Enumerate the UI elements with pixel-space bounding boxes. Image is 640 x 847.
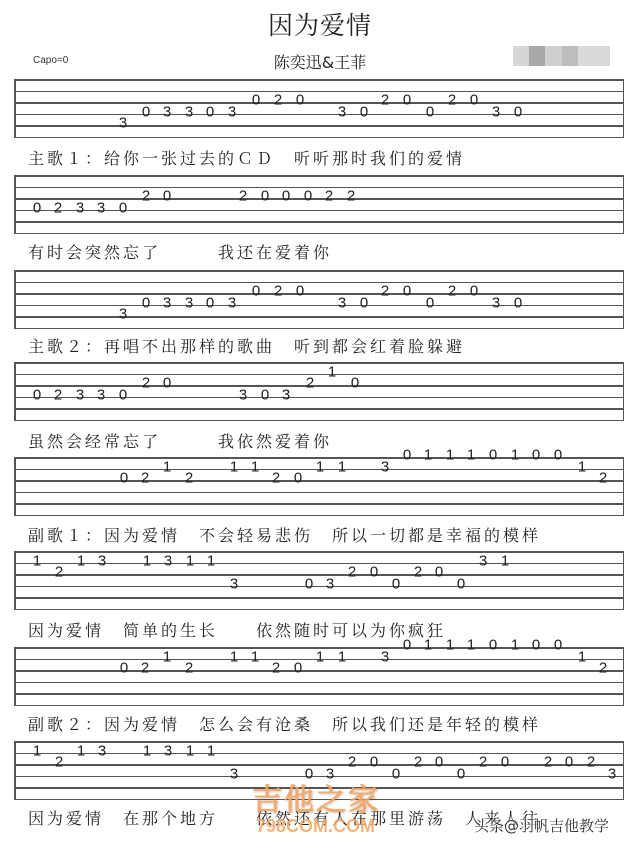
- fret-number: 2: [273, 284, 283, 299]
- fret-number: 0: [402, 448, 412, 463]
- fret-number: 0: [391, 576, 401, 591]
- fret-number: 0: [281, 189, 291, 204]
- string-line: [14, 503, 624, 505]
- fret-number: 0: [402, 284, 412, 299]
- string-line: [14, 515, 624, 517]
- fret-number: 1: [423, 448, 433, 463]
- fret-number: 0: [162, 189, 172, 204]
- fret-number: 3: [75, 200, 85, 215]
- fret-number: 0: [500, 755, 510, 770]
- fret-number: 3: [337, 295, 347, 310]
- string-line: [14, 175, 624, 177]
- fret-number: 0: [488, 448, 498, 463]
- fret-number: 1: [250, 649, 260, 664]
- fret-number: 3: [97, 743, 107, 758]
- fret-number: 1: [510, 448, 520, 463]
- fret-number: 1: [142, 553, 152, 568]
- tab-staff: 021211201130111010012: [14, 647, 624, 707]
- fret-number: 3: [281, 387, 291, 402]
- bar-line: [623, 551, 625, 610]
- tab-staff: 303303020302002030: [14, 270, 624, 330]
- bar-line: [623, 457, 625, 516]
- fret-number: 2: [380, 93, 390, 108]
- fret-number: 0: [32, 387, 42, 402]
- fret-number: 1: [445, 448, 455, 463]
- fret-number: 3: [325, 576, 335, 591]
- string-line: [14, 187, 624, 189]
- string-line: [14, 480, 624, 482]
- bar-line: [14, 551, 16, 610]
- fret-number: 1: [32, 553, 42, 568]
- fret-number: 1: [315, 649, 325, 664]
- blurred-logo: [513, 46, 610, 66]
- watermark-url: 798COM.COM: [256, 816, 375, 837]
- fret-number: 1: [206, 743, 216, 758]
- string-line: [14, 233, 624, 235]
- fret-number: 0: [456, 576, 466, 591]
- fret-number: 1: [185, 553, 195, 568]
- fret-number: 2: [347, 565, 357, 580]
- fret-number: 2: [140, 661, 150, 676]
- fret-number: 2: [598, 661, 608, 676]
- fret-number: 2: [543, 755, 553, 770]
- fret-number: 1: [250, 459, 260, 474]
- fret-number: 0: [469, 93, 479, 108]
- fret-number: 2: [54, 755, 64, 770]
- bar-line: [14, 362, 16, 421]
- fret-number: 0: [359, 104, 369, 119]
- blur-cell: [545, 46, 561, 66]
- bar-line: [623, 741, 625, 800]
- fret-number: 3: [491, 104, 501, 119]
- fret-number: 0: [141, 295, 151, 310]
- fret-number: 1: [229, 649, 239, 664]
- fret-number: 1: [162, 459, 172, 474]
- fret-number: 3: [227, 295, 237, 310]
- blur-cell: [529, 46, 545, 66]
- fret-number: 0: [303, 189, 313, 204]
- fret-number: 1: [466, 638, 476, 653]
- fret-number: 2: [140, 471, 150, 486]
- fret-number: 0: [369, 755, 379, 770]
- fret-number: 0: [513, 295, 523, 310]
- fret-number: 2: [346, 189, 356, 204]
- string-line: [14, 362, 624, 364]
- fret-number: 2: [271, 661, 281, 676]
- string-line: [14, 420, 624, 422]
- fret-number: 3: [163, 553, 173, 568]
- fret-number: 0: [304, 576, 314, 591]
- fret-number: 0: [251, 93, 261, 108]
- fret-number: 0: [205, 104, 215, 119]
- fret-number: 2: [447, 93, 457, 108]
- fret-number: 1: [76, 743, 86, 758]
- string-line: [14, 316, 624, 318]
- fret-number: 0: [205, 295, 215, 310]
- fret-number: 2: [586, 755, 596, 770]
- string-line: [14, 305, 624, 307]
- lyric-line: 有时会突然忘了 我还在爱着你: [28, 240, 332, 263]
- fret-number: 1: [206, 553, 216, 568]
- fret-number: 3: [96, 387, 106, 402]
- bar-line: [14, 175, 16, 234]
- fret-number: 2: [53, 387, 63, 402]
- fret-number: 0: [118, 200, 128, 215]
- fret-number: 0: [359, 295, 369, 310]
- fret-number: 0: [553, 448, 563, 463]
- fret-number: 2: [413, 755, 423, 770]
- fret-number: 1: [327, 364, 337, 379]
- fret-number: 3: [97, 553, 107, 568]
- fret-number: 2: [271, 471, 281, 486]
- string-line: [14, 221, 624, 223]
- fret-number: 2: [324, 189, 334, 204]
- fret-number: 1: [337, 459, 347, 474]
- fret-number: 0: [434, 565, 444, 580]
- song-title: 因为爱情: [0, 6, 640, 42]
- fret-number: 3: [162, 295, 172, 310]
- string-line: [14, 282, 624, 284]
- fret-number: 1: [445, 638, 455, 653]
- fret-number: 1: [185, 743, 195, 758]
- bar-line: [14, 647, 16, 706]
- string-line: [14, 125, 624, 127]
- fret-number: 2: [238, 189, 248, 204]
- fret-number: 0: [295, 284, 305, 299]
- fret-number: 2: [54, 565, 64, 580]
- bar-line: [623, 175, 625, 234]
- fret-number: 0: [469, 284, 479, 299]
- fret-number: 2: [53, 200, 63, 215]
- fret-number: 1: [76, 553, 86, 568]
- fret-number: 1: [315, 459, 325, 474]
- tab-staff: 021211201130111010012: [14, 457, 624, 517]
- bar-line: [14, 270, 16, 329]
- tab-staff: 0233020303210: [14, 362, 624, 422]
- fret-number: 0: [553, 638, 563, 653]
- fret-number: 0: [118, 387, 128, 402]
- lyric-line: 主歌１：给你一张过去的ＣＤ 听听那时我们的爱情: [28, 146, 465, 169]
- lyric-line: 副歌２：因为爱情 怎么会有沧桑 所以我们还是年轻的模样: [28, 712, 541, 735]
- fret-number: 1: [510, 638, 520, 653]
- blur-cell: [513, 46, 529, 66]
- fret-number: 0: [162, 376, 172, 391]
- bar-line: [623, 79, 625, 138]
- fret-number: 1: [577, 459, 587, 474]
- string-line: [14, 597, 624, 599]
- string-line: [14, 705, 624, 707]
- fret-number: 3: [380, 649, 390, 664]
- fret-number: 0: [564, 755, 574, 770]
- fret-number: 0: [293, 661, 303, 676]
- fret-number: 2: [447, 284, 457, 299]
- fret-number: 2: [141, 189, 151, 204]
- fret-number: 0: [260, 387, 270, 402]
- fret-number: 3: [75, 387, 85, 402]
- string-line: [14, 374, 624, 376]
- fret-number: 0: [119, 661, 129, 676]
- fret-number: 2: [598, 471, 608, 486]
- bar-line: [623, 270, 625, 329]
- string-line: [14, 293, 624, 295]
- fret-number: 0: [369, 565, 379, 580]
- string-line: [14, 408, 624, 410]
- string-line: [14, 586, 624, 588]
- string-line: [14, 91, 624, 93]
- fret-number: 2: [184, 661, 194, 676]
- watermark-credit: 头条@羽帆吉他教学: [474, 815, 609, 836]
- fret-number: 0: [251, 284, 261, 299]
- fret-number: 3: [184, 104, 194, 119]
- fret-number: 0: [391, 766, 401, 781]
- fret-number: 3: [380, 459, 390, 474]
- string-line: [14, 328, 624, 330]
- fret-number: 2: [184, 471, 194, 486]
- fret-number: 1: [466, 448, 476, 463]
- fret-number: 3: [118, 116, 128, 131]
- lyric-line: 主歌２：再唱不出那样的歌曲 听到都会红着脸躲避: [28, 334, 465, 357]
- fret-number: 0: [141, 104, 151, 119]
- fret-number: 3: [229, 766, 239, 781]
- capo-label: Capo=0: [33, 55, 68, 66]
- fret-number: 3: [607, 766, 617, 781]
- bar-line: [623, 362, 625, 421]
- fret-number: 1: [229, 459, 239, 474]
- fret-number: 2: [478, 755, 488, 770]
- string-line: [14, 114, 624, 116]
- bar-line: [14, 457, 16, 516]
- watermark-logo: 吉他之家: [252, 775, 380, 819]
- fret-number: 3: [118, 307, 128, 322]
- string-line: [14, 682, 624, 684]
- fret-number: 3: [162, 104, 172, 119]
- string-line: [14, 79, 624, 81]
- fret-number: 3: [238, 387, 248, 402]
- fret-number: 0: [531, 638, 541, 653]
- lyric-line: 虽然会经常忘了 我依然爱着你: [28, 429, 332, 452]
- tab-staff: 303303020302002030: [14, 79, 624, 139]
- fret-number: 3: [491, 295, 501, 310]
- blur-cell: [562, 46, 578, 66]
- fret-number: 0: [293, 471, 303, 486]
- lyric-line: 因为爱情 简单的生长 依然随时可以为你疯狂: [28, 618, 446, 641]
- fret-number: 0: [425, 104, 435, 119]
- fret-number: 0: [425, 295, 435, 310]
- fret-number: 1: [337, 649, 347, 664]
- string-line: [14, 574, 624, 576]
- fret-number: 3: [184, 295, 194, 310]
- fret-number: 0: [456, 766, 466, 781]
- fret-number: 1: [577, 649, 587, 664]
- fret-number: 1: [162, 649, 172, 664]
- fret-number: 3: [229, 576, 239, 591]
- fret-number: 0: [32, 200, 42, 215]
- string-line: [14, 492, 624, 494]
- fret-number: 3: [478, 553, 488, 568]
- tab-staff: 1213131130320020031: [14, 551, 624, 611]
- blur-cell: [578, 46, 594, 66]
- string-line: [14, 764, 624, 766]
- fret-number: 2: [273, 93, 283, 108]
- fret-number: 0: [350, 376, 360, 391]
- fret-number: 0: [513, 104, 523, 119]
- fret-number: 2: [347, 755, 357, 770]
- fret-number: 3: [96, 200, 106, 215]
- fret-number: 1: [142, 743, 152, 758]
- bar-line: [14, 79, 16, 138]
- fret-number: 3: [227, 104, 237, 119]
- fret-number: 0: [488, 638, 498, 653]
- string-line: [14, 670, 624, 672]
- fret-number: 2: [380, 284, 390, 299]
- string-line: [14, 102, 624, 104]
- fret-number: 3: [337, 104, 347, 119]
- string-line: [14, 270, 624, 272]
- fret-number: 0: [119, 471, 129, 486]
- tab-staff: 0233020200022: [14, 175, 624, 235]
- fret-number: 0: [402, 93, 412, 108]
- fret-number: 2: [413, 565, 423, 580]
- fret-number: 0: [260, 189, 270, 204]
- fret-number: 0: [434, 755, 444, 770]
- fret-number: 1: [32, 743, 42, 758]
- string-line: [14, 137, 624, 139]
- fret-number: 2: [141, 376, 151, 391]
- blur-cell: [594, 46, 610, 66]
- bar-line: [14, 741, 16, 800]
- fret-number: 3: [163, 743, 173, 758]
- fret-number: 1: [500, 553, 510, 568]
- bar-line: [623, 647, 625, 706]
- lyric-line: 副歌１：因为爱情 不会轻易悲伤 所以一切都是幸福的模样: [28, 523, 541, 546]
- fret-number: 0: [531, 448, 541, 463]
- string-line: [14, 609, 624, 611]
- fret-number: 2: [305, 376, 315, 391]
- string-line: [14, 693, 624, 695]
- fret-number: 0: [295, 93, 305, 108]
